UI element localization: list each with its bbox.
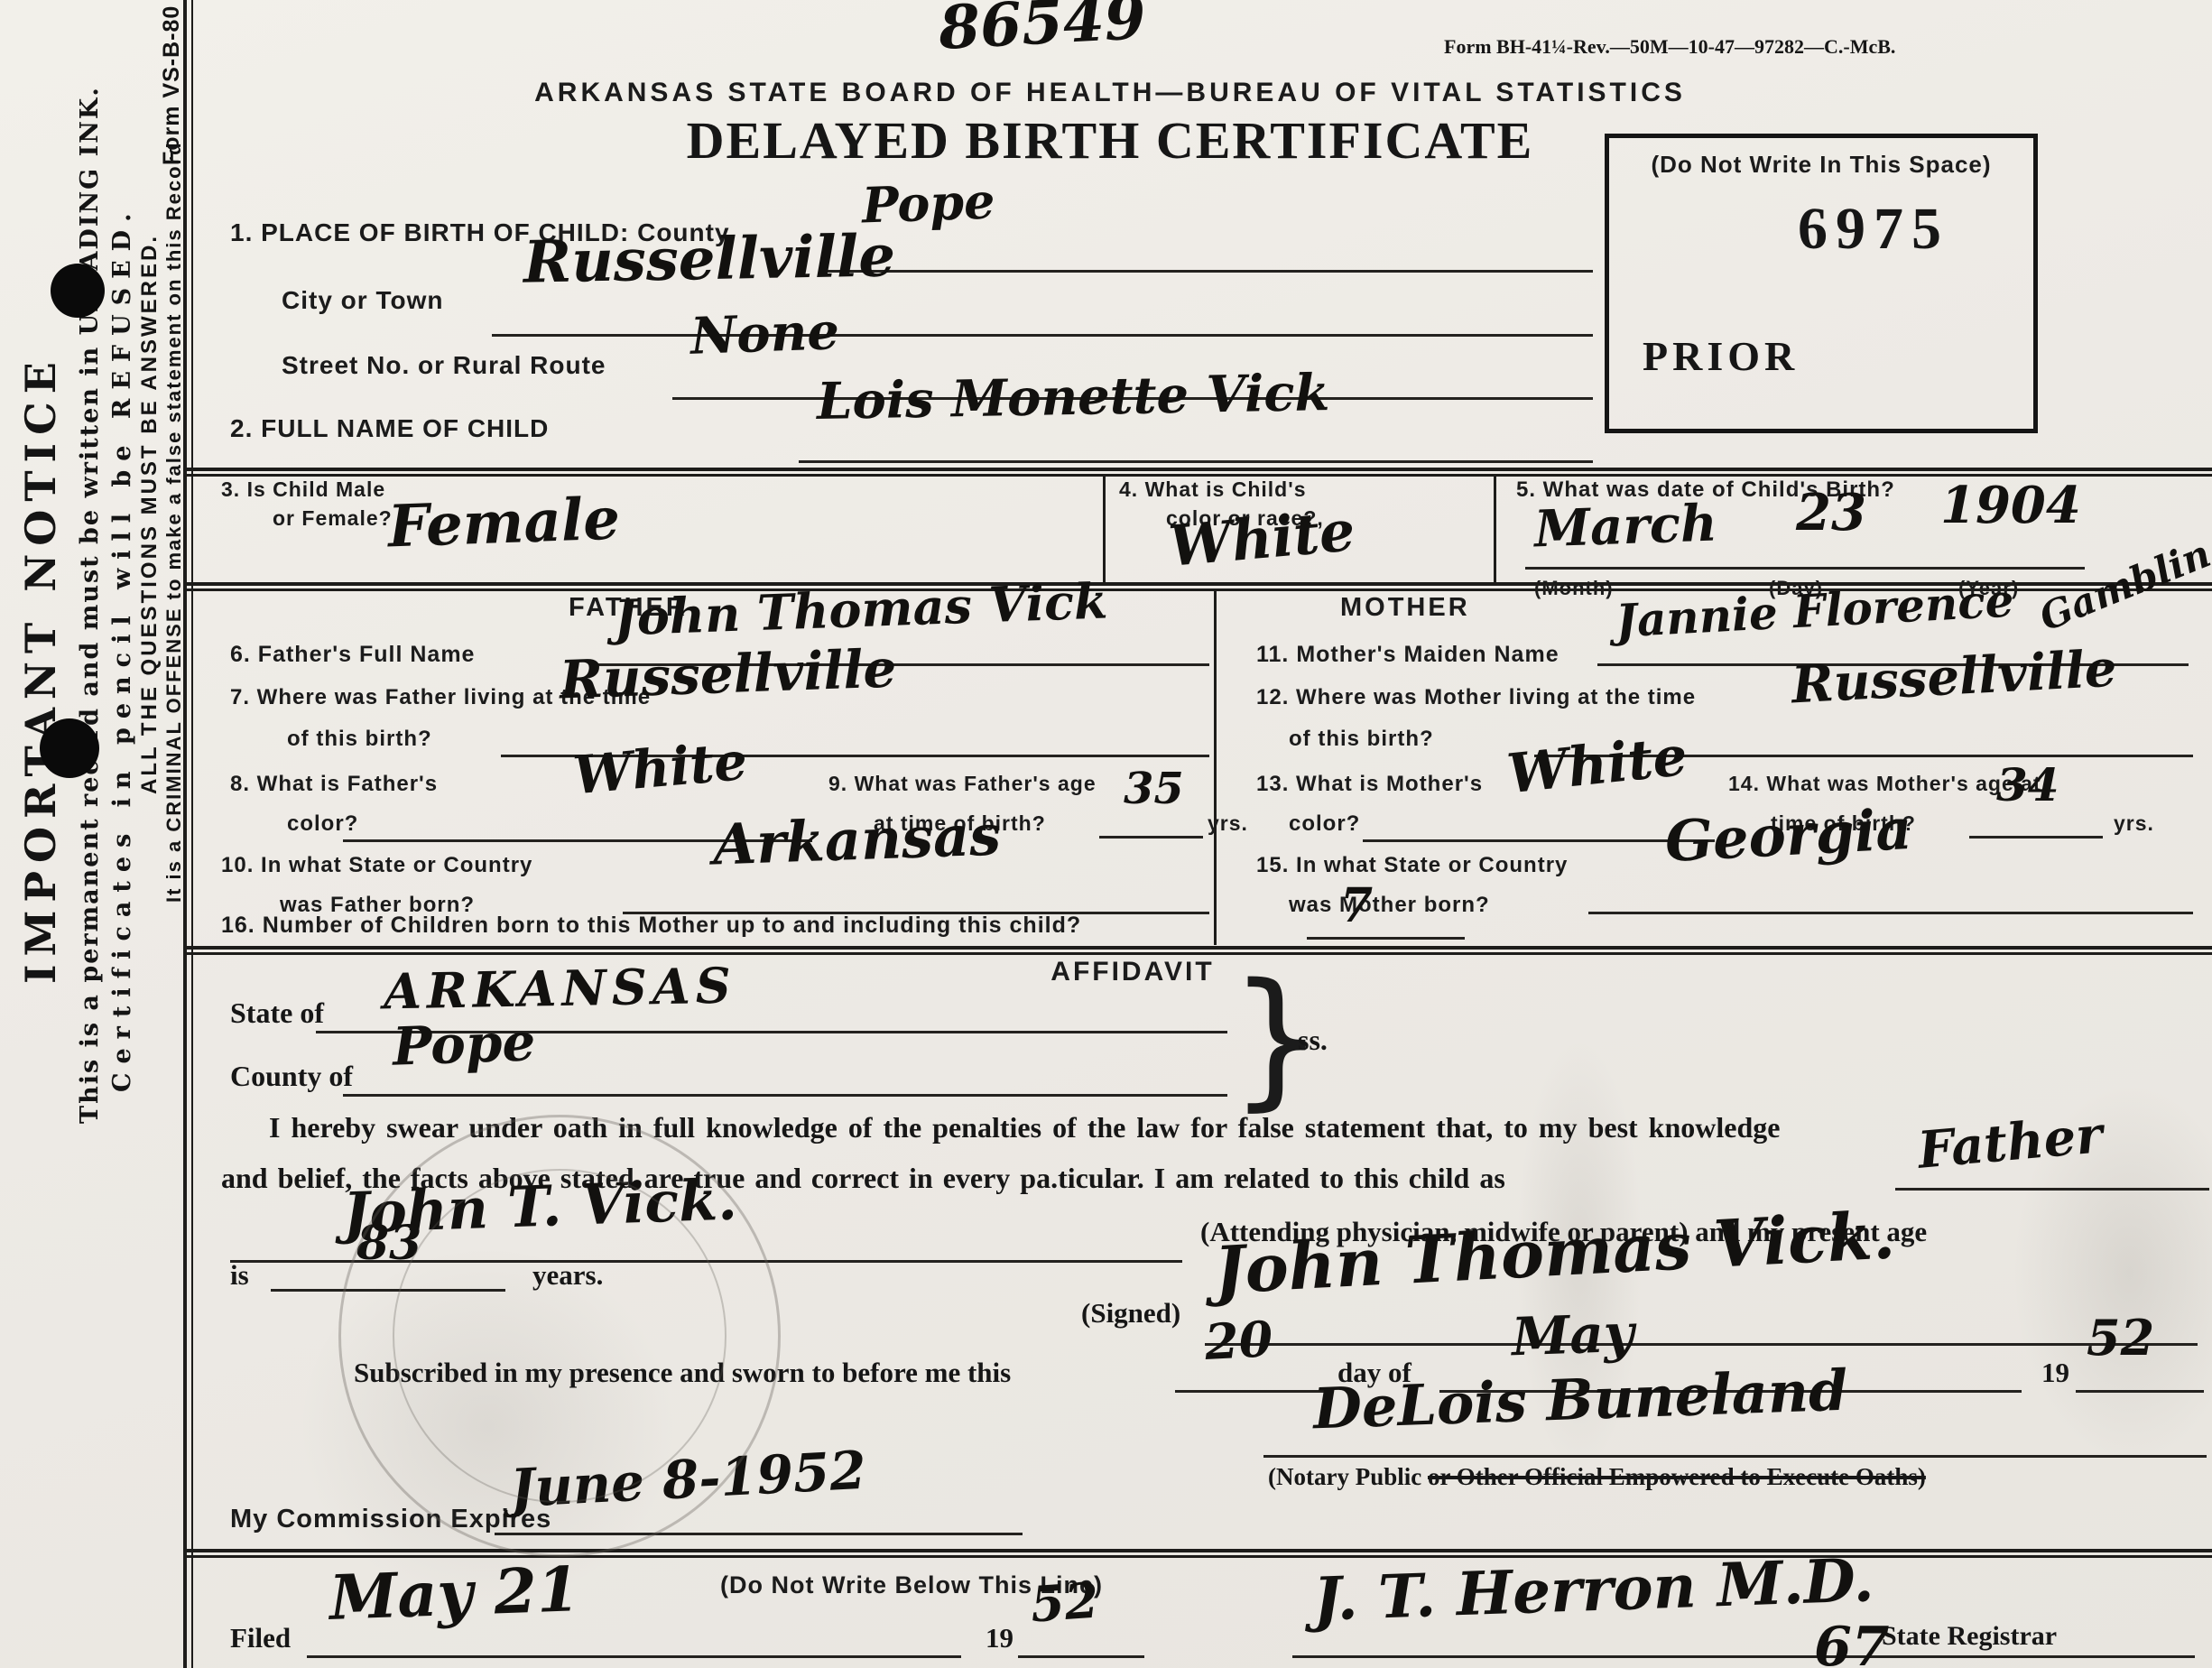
prior-stamp: PRIOR <box>1643 334 1799 380</box>
filed-year-line <box>1018 1655 1144 1658</box>
mother-age-unit: yrs. <box>2114 812 2154 835</box>
mother-birthplace-write-line <box>1588 912 2193 914</box>
sworn-day-value: 20 <box>1204 1314 1274 1367</box>
section-divider-rule <box>184 946 2212 955</box>
county-write-line <box>826 270 1593 273</box>
street-label: Street No. or Rural Route <box>282 352 606 380</box>
signed-signature-line <box>1205 1343 2198 1346</box>
form-border-line <box>183 0 187 1668</box>
county-value: Pope <box>392 1015 536 1072</box>
father-age-unit: yrs. <box>1208 812 1248 835</box>
registrar-signature: J. T. Herron M.D. <box>1312 1550 1874 1629</box>
field12-label-line2: of this birth? <box>1289 727 1434 751</box>
filed-year-value: 52 <box>1029 1575 1100 1628</box>
street-value: None <box>690 306 840 362</box>
state-registrar-label: State Registrar <box>1882 1621 2057 1651</box>
birth-month-value: March <box>1533 497 1717 554</box>
field8-label-line2: color? <box>287 812 358 836</box>
county-write-line2 <box>343 1094 1227 1097</box>
father-mother-divider <box>1214 591 1217 945</box>
children-count-write-line <box>1307 937 1465 940</box>
filed-year-prefix: 19 <box>986 1623 1013 1654</box>
sworn-year-value: 52 <box>2087 1313 2154 1362</box>
is-label: is <box>230 1260 249 1291</box>
field15-label-line2: was Mother born? <box>1289 894 1490 917</box>
field14-label-line1: 14. What was Mother's age at <box>1728 773 2041 795</box>
field15-label-line1: 15. In what State or Country <box>1256 854 1568 877</box>
field9-label-line1: 9. What was Father's age <box>828 773 1097 795</box>
handwritten-serial-number: 86549 <box>937 0 1147 58</box>
mother-color-write-line <box>1363 839 1715 842</box>
county-of-label: County of <box>230 1061 353 1092</box>
year-prefix: 19 <box>2041 1358 2069 1388</box>
field4-label-line1: 4. What is Child's <box>1119 478 1307 501</box>
field16-label: 16. Number of Children born to this Moth… <box>221 913 1081 939</box>
field13-label-line2: color? <box>1289 812 1360 836</box>
registrar-number: 67 <box>1814 1620 1890 1668</box>
section-divider-rule <box>184 468 2212 477</box>
mother-age-value: 34 <box>1996 763 2059 808</box>
sidebar-important-notice: IMPORTANT NOTICE <box>16 384 65 984</box>
child-race-value: White <box>1167 503 1357 575</box>
column-divider <box>1494 477 1496 583</box>
father-age-value: 35 <box>1124 767 1184 811</box>
father-color-value: White <box>571 735 749 802</box>
sidebar-permanent-record-text: This is a permanent record and must be w… <box>76 86 104 1124</box>
mother-age-write-line <box>1969 836 2103 839</box>
birth-day-value: 23 <box>1796 487 1866 538</box>
father-residence-value: Russellville <box>559 643 897 707</box>
mother-birthplace-value: Georgia <box>1664 802 1913 870</box>
stamped-file-number: 6975 <box>1798 197 1949 263</box>
sidebar-questions-text: ALL THE QUESTIONS MUST BE ANSWERED. <box>137 284 162 794</box>
notary-caption: (Notary Public or Other Official Empower… <box>1268 1464 1926 1491</box>
children-count-value: 7 <box>1340 883 1373 930</box>
field3-label-line2: or Female? <box>273 507 393 530</box>
father-name-value: John Thomas Vick <box>613 576 1108 642</box>
child-name-write-line <box>799 460 1593 463</box>
field6-label: 6. Father's Full Name <box>230 643 475 668</box>
sworn-day-line <box>1175 1390 1324 1393</box>
do-not-write-below-label: (Do Not Write Below This Line) <box>596 1572 1227 1599</box>
field3-label-line1: 3. Is Child Male <box>221 478 385 501</box>
filed-label: Filed <box>230 1623 291 1654</box>
sidebar-refused-text: Certificates in pencil will be REFUSED. <box>108 126 136 1092</box>
filed-date-line <box>307 1655 961 1658</box>
notary-seal-inner <box>393 1169 727 1503</box>
mother-residence-value: Russellville <box>1791 644 2118 711</box>
do-not-write-box-label: (Do Not Write In This Space) <box>1623 152 2020 178</box>
mother-section-header: MOTHER <box>1340 594 1470 623</box>
signed-label: (Signed) <box>1081 1298 1180 1329</box>
father-age-write-line <box>1099 836 1203 839</box>
field10-label-line1: 10. In what State or Country <box>221 854 532 877</box>
state-of-label: State of <box>230 997 324 1029</box>
city-write-line <box>492 334 1593 337</box>
mother-color-value: White <box>1504 729 1689 802</box>
punch-hole-bottom <box>40 718 99 778</box>
filed-date-value: May 21 <box>329 1559 580 1629</box>
affidavit-header: AFFIDAVIT <box>817 957 1448 987</box>
child-name-value: Lois Monette Vick <box>817 367 1330 427</box>
father-birthplace-value: Arkansas <box>712 807 1002 873</box>
birth-year-value: 1904 <box>1940 480 2081 531</box>
city-label: City or Town <box>282 287 443 315</box>
field8-label-line1: 8. What is Father's <box>230 773 438 796</box>
notary-caption-struck: or Other Official Empowered to Execute O… <box>1428 1463 1926 1490</box>
bureau-heading: ARKANSAS STATE BOARD OF HEALTH—BUREAU OF… <box>388 78 1832 107</box>
field13-label-line1: 13. What is Mother's <box>1256 773 1483 796</box>
form-border-line <box>191 0 193 1668</box>
do-not-write-box <box>1605 134 2038 433</box>
notary-caption-plain: (Notary Public <box>1268 1463 1428 1490</box>
sex-value: Female <box>387 491 621 557</box>
city-value: Russellville <box>523 227 895 292</box>
ss-label: ss. <box>1298 1024 1328 1056</box>
field2-label: 2. FULL NAME OF CHILD <box>230 415 549 443</box>
field11-label: 11. Mother's Maiden Name <box>1256 643 1560 668</box>
sidebar-form-code: Form VS-B-80 <box>159 7 185 165</box>
notary-signature: DeLois Buneland <box>1312 1363 1848 1438</box>
notary-signature-line <box>1263 1455 2207 1458</box>
punch-hole-top <box>51 264 105 318</box>
relation-write-line <box>1895 1188 2209 1191</box>
registrar-signature-line <box>1292 1655 2195 1658</box>
relation-value: Father <box>1916 1109 2105 1176</box>
field7-label-line2: of this birth? <box>287 727 432 751</box>
delayed-birth-certificate-document: IMPORTANT NOTICE This is a permanent rec… <box>0 0 2212 1668</box>
field12-label-line1: 12. Where was Mother living at the time <box>1256 686 1696 709</box>
sworn-month-value: May <box>1511 1307 1634 1364</box>
state-value: ARKANSAS <box>384 961 737 1016</box>
form-reference-number: Form BH-41¼-Rev.—50M—10-47—97282—C.-McB. <box>1444 36 1895 58</box>
document-title: DELAYED BIRTH CERTIFICATE <box>578 112 1643 170</box>
sworn-year-line <box>2076 1390 2204 1393</box>
column-divider <box>1103 477 1106 583</box>
birth-date-write-line <box>1525 567 2085 570</box>
